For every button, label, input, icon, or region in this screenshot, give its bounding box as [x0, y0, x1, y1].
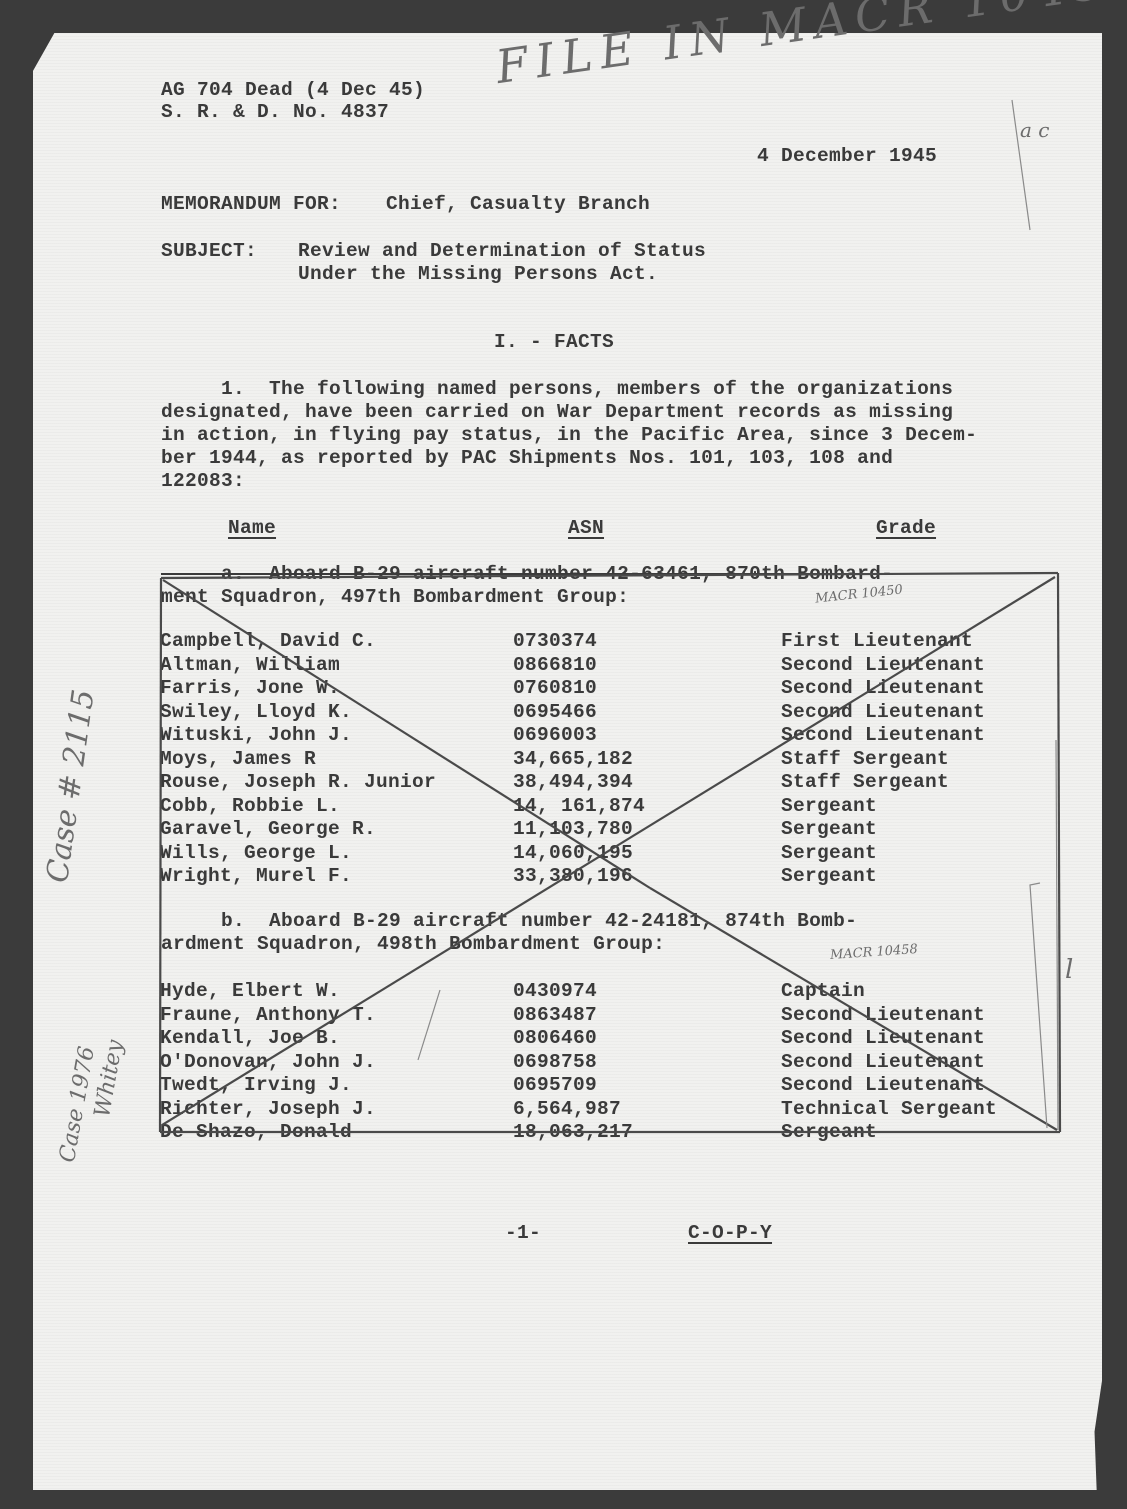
person-grade: Second Lieutenant	[781, 724, 985, 748]
person-grade: Second Lieutenant	[781, 1004, 985, 1028]
person-grade: Second Lieutenant	[781, 677, 985, 701]
table-row: De Shazo, Donald18,063,217Sergeant	[0, 1121, 1127, 1145]
person-grade: Second Lieutenant	[781, 701, 985, 725]
table-row: Wills, George L.14,060,195Sergeant	[0, 842, 1127, 866]
person-asn: 6,564,987	[513, 1098, 621, 1122]
paragraph-line: in action, in flying pay status, in the …	[161, 424, 977, 448]
subject-line-1: Review and Determination of Status	[298, 240, 706, 264]
person-name: Hyde, Elbert W.	[160, 980, 340, 1004]
person-grade: First Lieutenant	[781, 630, 973, 654]
paragraph-line: designated, have been carried on War Dep…	[161, 401, 953, 425]
handwritten-right-mark: l	[1065, 955, 1073, 985]
subject-label: SUBJECT:	[161, 240, 257, 264]
person-name: Campbell, David C.	[160, 630, 376, 654]
person-asn: 14, 161,874	[513, 795, 645, 819]
person-name: Wright, Murel F.	[160, 865, 352, 889]
person-name: Wituski, John J.	[160, 724, 352, 748]
handwritten-margin-letters: a c	[1020, 110, 1049, 150]
table-row: Campbell, David C.0730374First Lieutenan…	[0, 630, 1127, 654]
table-row: Fraune, Anthony T.0863487Second Lieutena…	[0, 1004, 1127, 1028]
person-asn: 0866810	[513, 654, 597, 678]
memo-for-label: MEMORANDUM FOR:	[161, 193, 341, 217]
column-header-grade: Grade	[876, 517, 936, 541]
person-grade: Second Lieutenant	[781, 1027, 985, 1051]
table-row: Farris, Jone W.0760810Second Lieutenant	[0, 677, 1127, 701]
person-grade: Second Lieutenant	[781, 654, 985, 678]
table-row: Garavel, George R.11,103,780Sergeant	[0, 818, 1127, 842]
file-reference: AG 704 Dead (4 Dec 45)	[161, 79, 425, 103]
table-row: Swiley, Lloyd K.0695466Second Lieutenant	[0, 701, 1127, 725]
copy-mark: C-O-P-Y	[688, 1222, 772, 1246]
person-name: Farris, Jone W.	[160, 677, 340, 701]
person-grade: Sergeant	[781, 1121, 877, 1145]
paragraph-line: 122083:	[161, 470, 245, 494]
section-title: I. - FACTS	[494, 331, 614, 355]
person-name: Richter, Joseph J.	[160, 1098, 376, 1122]
person-name: Garavel, George R.	[160, 818, 376, 842]
person-grade: Second Lieutenant	[781, 1074, 985, 1098]
person-asn: 38,494,394	[513, 771, 633, 795]
person-asn: 0730374	[513, 630, 597, 654]
group-a-heading-cont: ment Squadron, 497th Bombardment Group:	[161, 586, 629, 610]
person-asn: 14,060,195	[513, 842, 633, 866]
person-grade: Sergeant	[781, 842, 877, 866]
person-asn: 0806460	[513, 1027, 597, 1051]
person-name: Swiley, Lloyd K.	[160, 701, 352, 725]
person-grade: Sergeant	[781, 865, 877, 889]
group-b-heading: b. Aboard B-29 aircraft number 42-24181,…	[161, 910, 857, 934]
srd-number: S. R. & D. No. 4837	[161, 101, 389, 125]
table-row: Altman, William0866810Second Lieutenant	[0, 654, 1127, 678]
person-grade: Sergeant	[781, 818, 877, 842]
person-grade: Second Lieutenant	[781, 1051, 985, 1075]
column-header-asn: ASN	[568, 517, 604, 541]
table-row: Twedt, Irving J.0695709Second Lieutenant	[0, 1074, 1127, 1098]
table-row: Cobb, Robbie L.14, 161,874Sergeant	[0, 795, 1127, 819]
person-asn: 34,665,182	[513, 748, 633, 772]
memo-for-value: Chief, Casualty Branch	[386, 193, 650, 217]
person-grade: Staff Sergeant	[781, 771, 949, 795]
person-asn: 11,103,780	[513, 818, 633, 842]
paragraph-line: ber 1944, as reported by PAC Shipments N…	[161, 447, 893, 471]
person-grade: Staff Sergeant	[781, 748, 949, 772]
person-name: Cobb, Robbie L.	[160, 795, 340, 819]
person-asn: 0698758	[513, 1051, 597, 1075]
person-asn: 0695709	[513, 1074, 597, 1098]
person-asn: 0430974	[513, 980, 597, 1004]
person-name: Wills, George L.	[160, 842, 352, 866]
person-name: Altman, William	[160, 654, 340, 678]
table-row: O'Donovan, John J.0698758Second Lieutena…	[0, 1051, 1127, 1075]
person-asn: 0760810	[513, 677, 597, 701]
person-name: Rouse, Joseph R. Junior	[160, 771, 436, 795]
person-name: De Shazo, Donald	[160, 1121, 352, 1145]
table-row: Wituski, John J.0696003Second Lieutenant	[0, 724, 1127, 748]
table-row: Hyde, Elbert W.0430974Captain	[0, 980, 1127, 1004]
table-row: Wright, Murel F.33,380,196Sergeant	[0, 865, 1127, 889]
paragraph-line: 1. The following named persons, members …	[161, 378, 953, 402]
person-name: O'Donovan, John J.	[160, 1051, 376, 1075]
person-asn: 0696003	[513, 724, 597, 748]
table-row: Rouse, Joseph R. Junior38,494,394Staff S…	[0, 771, 1127, 795]
person-grade: Technical Sergeant	[781, 1098, 997, 1122]
column-header-name: Name	[228, 517, 276, 541]
table-row: Kendall, Joe B.0806460Second Lieutenant	[0, 1027, 1127, 1051]
person-asn: 33,380,196	[513, 865, 633, 889]
subject-line-2: Under the Missing Persons Act.	[298, 263, 658, 287]
person-grade: Captain	[781, 980, 865, 1004]
person-name: Moys, James R	[160, 748, 316, 772]
person-asn: 0863487	[513, 1004, 597, 1028]
person-name: Twedt, Irving J.	[160, 1074, 352, 1098]
person-name: Kendall, Joe B.	[160, 1027, 340, 1051]
table-row: Moys, James R34,665,182Staff Sergeant	[0, 748, 1127, 772]
person-asn: 18,063,217	[513, 1121, 633, 1145]
page-number: -1-	[505, 1222, 541, 1246]
group-a-heading: a. Aboard B-29 aircraft number 42-63461,…	[161, 563, 893, 587]
memo-date: 4 December 1945	[757, 145, 937, 169]
table-row: Richter, Joseph J.6,564,987Technical Ser…	[0, 1098, 1127, 1122]
person-name: Fraune, Anthony T.	[160, 1004, 376, 1028]
person-asn: 0695466	[513, 701, 597, 725]
group-b-heading-cont: ardment Squadron, 498th Bombardment Grou…	[161, 933, 665, 957]
person-grade: Sergeant	[781, 795, 877, 819]
